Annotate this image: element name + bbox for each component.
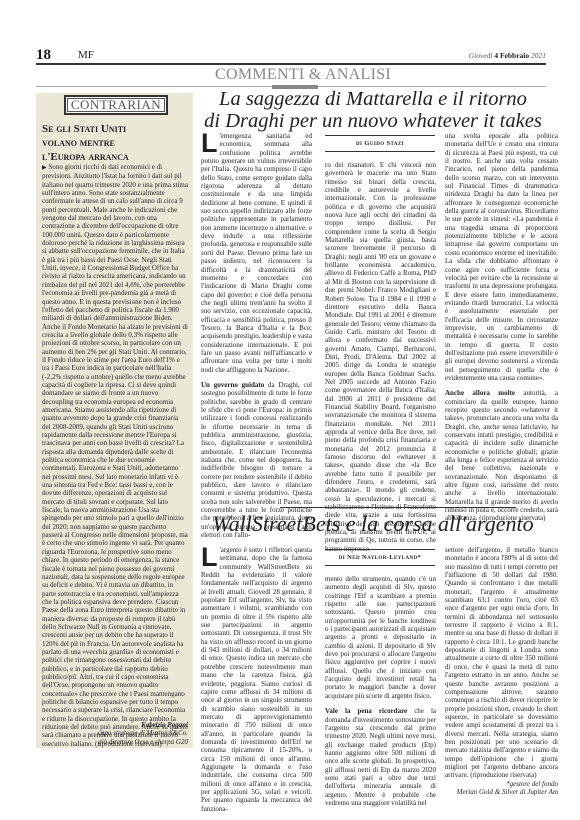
article1-headline: La saggezza di Mattarella e il ritorno d… [200, 88, 546, 132]
contrarian-label: CONTRARIAN [64, 95, 168, 115]
author-note-line: Merian Gold & Silver di Jupiter Am [445, 788, 558, 796]
bullet-arrow-icon: ▶ [42, 165, 47, 171]
author-note: *gestore del fondo Merian Gold & Silver … [445, 780, 558, 797]
sidebar-headline: Se gli Stati Uniti volano mentre l'Europ… [42, 122, 190, 164]
article1-column-2: ro dei risanatori. E chi vincerà non gov… [325, 161, 436, 553]
article1-column-1: L'emergenza sanitaria ed economica, somm… [201, 132, 312, 540]
paragraph: ro dei risanatori. E chi vincerà non gov… [325, 161, 436, 553]
sidebar-body-text: Sono giorni ricchi di dati economici e d… [42, 163, 188, 748]
paragraph: che la domanda d'investimento sottostant… [325, 707, 436, 807]
article2-headline: WallStreetBets e la corsa all'argento [200, 511, 546, 537]
date-day: Giovedì [469, 51, 493, 60]
dropcap: L [201, 547, 218, 568]
author-note-line: *gestore del fondo [445, 780, 558, 788]
paragraph: 'argento è sotto i riflettori questa set… [201, 546, 312, 813]
paragraph: autorità, a cominciare da quelle europee… [445, 389, 558, 522]
section-title: COMMENTI & ANALISI [215, 66, 391, 84]
headline-line: di Draghi per un nuovo whatever it takes [200, 110, 546, 132]
issue-date: Giovedì 4 Febbraio 2021 [469, 51, 546, 60]
subhead-lead: Anche allora molte [445, 389, 515, 397]
article2-column-1: L'argento è sotto i riflettori questa se… [201, 546, 312, 813]
author-role: capo strategie di Muzinich&Co. [42, 729, 188, 737]
sidebar-body: ▶ Sono giorni ricchi di dati economici e… [42, 163, 188, 748]
masthead-rule [36, 63, 546, 65]
article1-column-3: una svolta epocale alla politica monetar… [445, 132, 558, 523]
article2-column-3: settore dell'argento, il metallo bianco … [445, 546, 558, 796]
dropcap: L [201, 133, 218, 154]
paragraph: mento dello strumento, quando c'è un aum… [325, 575, 436, 700]
article1-byline-box: di Guido Stazi [325, 135, 435, 152]
article-divider [280, 507, 516, 508]
subhead-lead: Un governo guidato [201, 381, 264, 389]
paragraph: una svolta epocale alla politica monetar… [445, 132, 558, 382]
sidebar-headline-line: l'Europa arranca [42, 150, 190, 164]
author-role: già direttore Ocse e sherpa G20 [42, 738, 188, 746]
sidebar-headline-line: volano mentre [42, 136, 190, 150]
article2-byline: di Ned Naylor-Leyland* [325, 549, 435, 566]
article2-column-2: mento dello strumento, quando c'è un aum… [325, 575, 436, 807]
date-year: 2021 [531, 51, 546, 60]
subhead-lead: Vale la pena ricordare [325, 707, 407, 715]
paragraph: 'emergenza sanitaria ed economica, somma… [201, 132, 312, 374]
sidebar-author: Fabrizio Pagani capo strategie di Muzini… [42, 721, 188, 746]
article2-byline-box: di Ned Naylor-Leyland* [325, 549, 435, 566]
date-main: 4 Febbraio [494, 51, 529, 60]
publication-name: MF [78, 49, 94, 61]
sidebar-headline-line: Se gli Stati Uniti [42, 122, 190, 136]
headline-line: La saggezza di Mattarella e il ritorno [200, 88, 546, 110]
article1-byline: di Guido Stazi [325, 135, 435, 152]
page-number: 18 [36, 47, 51, 64]
author-name: Fabrizio Pagani [141, 721, 188, 729]
paragraph: settore dell'argento, il metallo bianco … [445, 546, 558, 780]
